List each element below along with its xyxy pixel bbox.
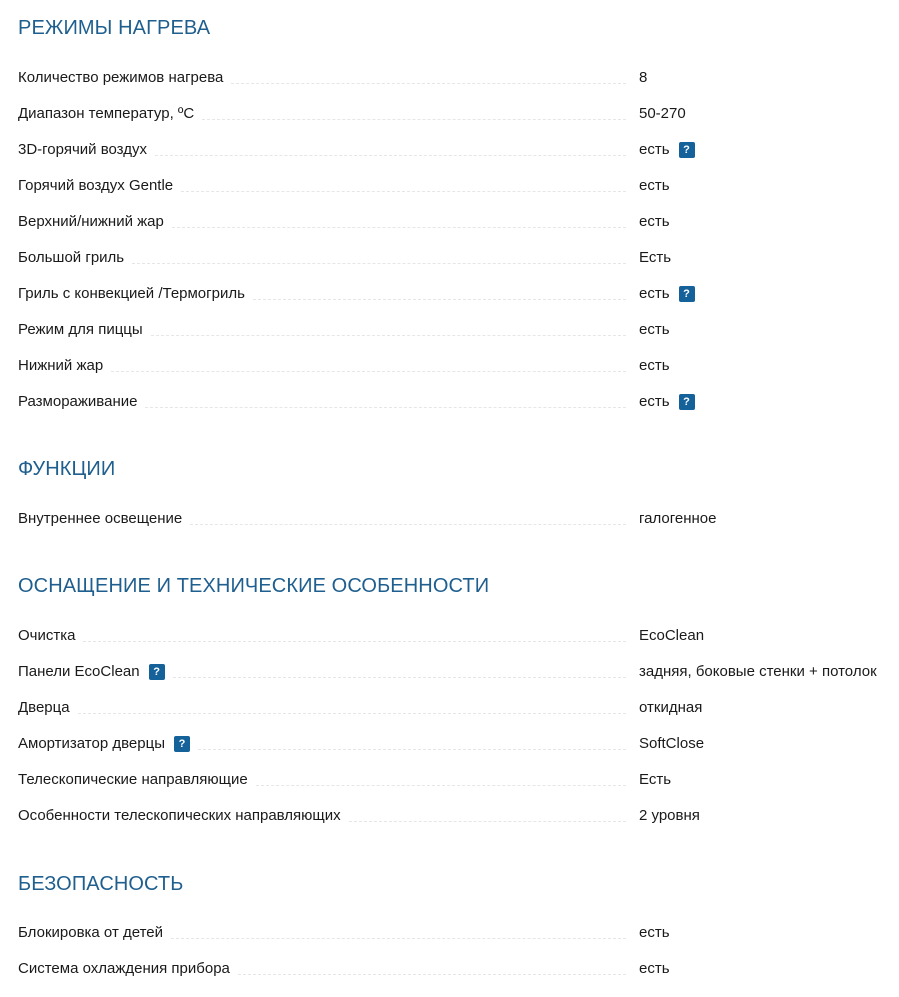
spec-value: Есть (639, 248, 671, 268)
spec-value: есть (639, 212, 670, 232)
spec-label: Количество режимов нагрева (18, 68, 223, 88)
spec-value: есть (639, 356, 670, 376)
spec-row: Размораживание есть? (18, 392, 899, 412)
help-question-icon[interactable]: ? (679, 394, 695, 410)
spec-label: Система охлаждения прибора (18, 959, 230, 979)
spec-row: 3D-горячий воздух есть? (18, 140, 899, 160)
dotted-leader (132, 263, 626, 264)
section-title-equipment: ОСНАЩЕНИЕ И ТЕХНИЧЕСКИЕ ОСОБЕННОСТИ (18, 574, 489, 598)
spec-label: Блокировка от детей (18, 923, 163, 943)
spec-value: есть (639, 959, 670, 979)
spec-row: Система охлаждения прибора есть (18, 959, 899, 979)
spec-value: есть (639, 140, 670, 160)
spec-value: откидная (639, 698, 702, 718)
spec-label: Нижний жар (18, 356, 103, 376)
dotted-leader (173, 677, 626, 678)
spec-label: Верхний/нижний жар (18, 212, 164, 232)
spec-row: Горячий воздух Gentle есть (18, 176, 899, 196)
section-title-heating-modes: РЕЖИМЫ НАГРЕВА (18, 16, 210, 40)
dotted-leader (256, 785, 626, 786)
spec-label: Внутреннее освещение (18, 509, 182, 529)
spec-value: EcoClean (639, 626, 704, 646)
spec-label: Панели EcoClean (18, 662, 140, 682)
dotted-leader (171, 938, 626, 939)
spec-row: Диапазон температур, ºC 50-270 (18, 104, 899, 124)
spec-row: Нижний жар есть (18, 356, 899, 376)
spec-row: Панели EcoClean? задняя, боковые стенки … (18, 662, 899, 682)
spec-row: Амортизатор дверцы? SoftClose (18, 734, 899, 754)
spec-label: Дверца (18, 698, 70, 718)
spec-label: Гриль с конвекцией /Термогриль (18, 284, 245, 304)
spec-value: есть (639, 284, 670, 304)
spec-value: есть (639, 392, 670, 412)
dotted-leader (202, 119, 626, 120)
dotted-leader (231, 83, 626, 84)
dotted-leader (151, 335, 626, 336)
spec-label: Диапазон температур, ºC (18, 104, 194, 124)
dotted-leader (155, 155, 626, 156)
spec-row: Внутреннее освещение галогенное (18, 509, 899, 529)
spec-label: Амортизатор дверцы (18, 734, 165, 754)
spec-label: Телескопические направляющие (18, 770, 248, 790)
spec-label: 3D-горячий воздух (18, 140, 147, 160)
spec-row: Верхний/нижний жар есть (18, 212, 899, 232)
spec-label: Режим для пиццы (18, 320, 143, 340)
spec-row: Блокировка от детей есть (18, 923, 899, 943)
spec-value: 2 уровня (639, 806, 700, 826)
dotted-leader (145, 407, 626, 408)
spec-value: галогенное (639, 509, 716, 529)
dotted-leader (190, 524, 626, 525)
help-question-icon[interactable]: ? (679, 142, 695, 158)
spec-label: Горячий воздух Gentle (18, 176, 173, 196)
spec-row: Режим для пиццы есть (18, 320, 899, 340)
spec-row: Дверца откидная (18, 698, 899, 718)
dotted-leader (253, 299, 626, 300)
spec-row: Большой гриль Есть (18, 248, 899, 268)
spec-label: Размораживание (18, 392, 137, 412)
spec-label: Очистка (18, 626, 75, 646)
spec-value: есть (639, 176, 670, 196)
spec-value: Есть (639, 770, 671, 790)
dotted-leader (83, 641, 626, 642)
spec-row: Очистка EcoClean (18, 626, 899, 646)
spec-row: Количество режимов нагрева 8 (18, 68, 899, 88)
spec-label: Большой гриль (18, 248, 124, 268)
spec-row: Телескопические направляющие Есть (18, 770, 899, 790)
help-question-icon[interactable]: ? (149, 664, 165, 680)
spec-value: SoftClose (639, 734, 704, 754)
spec-value: 8 (639, 68, 647, 88)
dotted-leader (349, 821, 626, 822)
help-question-icon[interactable]: ? (679, 286, 695, 302)
dotted-leader (172, 227, 626, 228)
dotted-leader (78, 713, 626, 714)
dotted-leader (198, 749, 626, 750)
dotted-leader (181, 191, 626, 192)
dotted-leader (238, 974, 626, 975)
spec-row: Гриль с конвекцией /Термогриль есть? (18, 284, 899, 304)
section-title-functions: ФУНКЦИИ (18, 457, 115, 481)
spec-value: есть (639, 320, 670, 340)
dotted-leader (111, 371, 626, 372)
spec-value: задняя, боковые стенки + потолок (639, 662, 877, 682)
spec-value: есть (639, 923, 670, 943)
section-title-safety: БЕЗОПАСНОСТЬ (18, 872, 183, 896)
spec-row: Особенности телескопических направляющих… (18, 806, 899, 826)
help-question-icon[interactable]: ? (174, 736, 190, 752)
spec-label: Особенности телескопических направляющих (18, 806, 341, 826)
spec-value: 50-270 (639, 104, 686, 124)
